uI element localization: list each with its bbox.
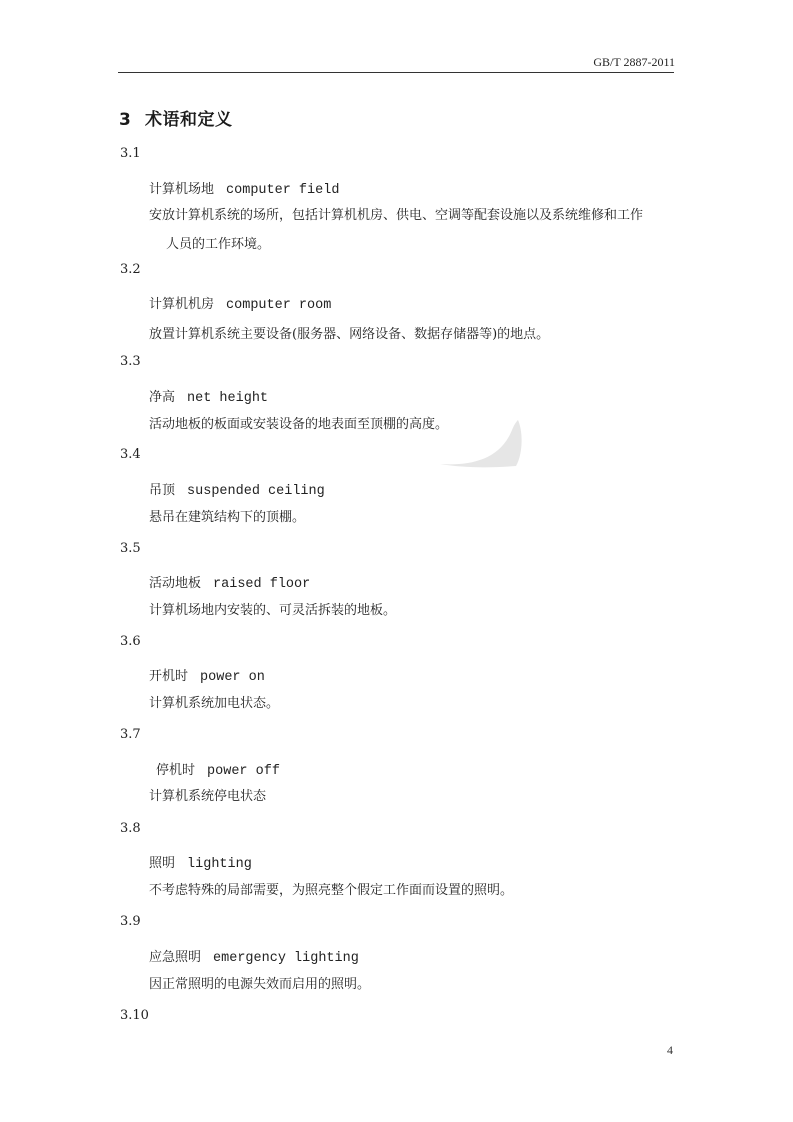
term-zh: 吊顶 [149, 483, 175, 498]
term: 停机时power off [156, 759, 280, 779]
term-en: computer room [226, 298, 331, 313]
section-title: 3术语和定义 [119, 105, 233, 130]
scan-artifact [440, 420, 530, 468]
clause-number: 3.1 [120, 146, 141, 161]
clause-number: 3.8 [120, 821, 141, 836]
term: 应急照明emergency lighting [149, 946, 359, 966]
standard-code: GB/T 2887-2011 [593, 55, 675, 70]
definition: 不考虑特殊的局部需要，为照亮整个假定工作面而设置的照明。 [149, 876, 513, 905]
term: 活动地板raised floor [149, 572, 310, 592]
clause-number: 3.4 [120, 447, 141, 462]
clause-number: 3.10 [120, 1008, 149, 1023]
term-en: computer field [226, 183, 339, 198]
term-zh: 活动地板 [149, 576, 201, 591]
definition-text: 不考虑特殊的局部需要，为照亮整个假定工作面而设置的照明。 [149, 883, 513, 898]
section-number: 3 [119, 110, 145, 130]
definition-text: 放置计算机系统主要设备(服务器、网络设备、数据存储器等)的地点。 [149, 327, 549, 342]
definition-text: 因正常照明的电源失效而启用的照明。 [149, 977, 370, 992]
clause-number: 3.5 [120, 541, 141, 556]
term-zh: 净高 [149, 390, 175, 405]
clause-number: 3.2 [120, 262, 141, 277]
term-en: suspended ceiling [187, 484, 325, 499]
term: 计算机机房computer room [149, 293, 331, 313]
term-en: emergency lighting [213, 951, 359, 966]
definition-text: 悬吊在建筑结构下的顶棚。 [149, 510, 305, 525]
definition-text: 计算机系统加电状态。 [149, 696, 279, 711]
clause-number: 3.6 [120, 634, 141, 649]
term-zh: 开机时 [149, 669, 188, 684]
definition-continuation: 人员的工作环境。 [149, 230, 643, 259]
page-number: 4 [667, 1043, 673, 1058]
term: 净高net height [149, 386, 268, 406]
document-page: GB/T 2887-2011 3术语和定义 3.1 计算机场地computer … [0, 0, 793, 1122]
term: 照明lighting [149, 852, 252, 872]
header-rule [118, 72, 674, 73]
term: 计算机场地computer field [149, 178, 339, 198]
definition: 安放计算机系统的场所，包括计算机机房、供电、空调等配套设施以及系统维修和工作 人… [149, 201, 643, 259]
definition-text: 安放计算机系统的场所，包括计算机机房、供电、空调等配套设施以及系统维修和工作 [149, 208, 643, 223]
term-zh: 计算机机房 [149, 297, 214, 312]
term-en: net height [187, 391, 268, 406]
clause-number: 3.9 [120, 914, 141, 929]
term-en: raised floor [213, 577, 310, 592]
clause-number: 3.3 [120, 354, 141, 369]
term-en: power on [200, 670, 265, 685]
definition: 因正常照明的电源失效而启用的照明。 [149, 970, 370, 999]
term-zh: 照明 [149, 856, 175, 871]
definition: 悬吊在建筑结构下的顶棚。 [149, 503, 305, 532]
definition-text: 计算机场地内安装的、可灵活拆装的地板。 [149, 603, 396, 618]
term-zh: 应急照明 [149, 950, 201, 965]
term-zh: 停机时 [156, 763, 195, 778]
definition: 计算机系统停电状态 [149, 782, 266, 811]
term: 开机时power on [149, 665, 265, 685]
definition: 放置计算机系统主要设备(服务器、网络设备、数据存储器等)的地点。 [149, 320, 549, 349]
definition-text: 活动地板的板面或安装设备的地表面至顶棚的高度。 [149, 417, 448, 432]
clause-number: 3.7 [120, 727, 141, 742]
section-title-text: 术语和定义 [145, 110, 233, 130]
term-en: lighting [187, 857, 252, 872]
definition: 活动地板的板面或安装设备的地表面至顶棚的高度。 [149, 410, 448, 439]
definition: 计算机场地内安装的、可灵活拆装的地板。 [149, 596, 396, 625]
definition-text: 计算机系统停电状态 [149, 789, 266, 804]
term-zh: 计算机场地 [149, 182, 214, 197]
term: 吊顶suspended ceiling [149, 479, 325, 499]
definition: 计算机系统加电状态。 [149, 689, 279, 718]
term-en: power off [207, 764, 280, 779]
